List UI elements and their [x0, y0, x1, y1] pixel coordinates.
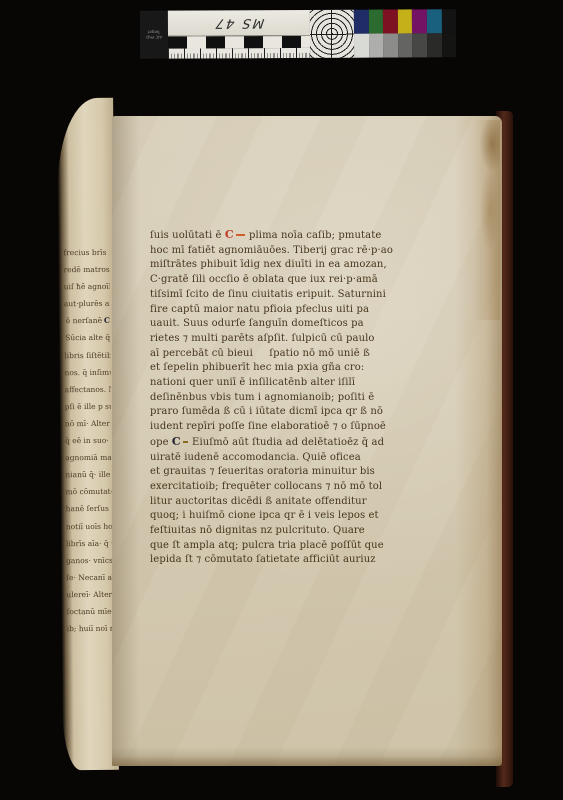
facing-page-fragment: redē matros q̄ — [63, 261, 109, 278]
facing-page-fragment: ſe· Necanī aī mō — [66, 569, 112, 586]
facing-page-fragment: aut·plurēs aiūt — [64, 295, 110, 312]
manuscript-text: et grauitas ⁊ ſeueritas oratoria minuitu… — [150, 466, 375, 477]
manuscript-line: feſtiuitas nō dignitas nz pulcrituto. Qu… — [150, 524, 440, 539]
manuscript-text: rietes ⁊ multi parēts aſpſit. ſulpicū cū… — [150, 333, 375, 344]
facing-page-fragment: ganos· vnīcs predē — [66, 551, 112, 568]
manuscript-line: nationi quer uniī ē inſilicatēnb alter i… — [150, 376, 440, 391]
facing-page-fragment: ſoctanū mīeēnī — [66, 603, 112, 620]
gray-patch — [427, 33, 442, 57]
checker-scale-strip — [168, 36, 310, 49]
manuscript-line: uiratē iudenē accomodancia. Quiē oficea — [150, 451, 440, 466]
manuscript-line: ſuis uolūtati ē C plima noīa caſib; pmut… — [150, 228, 440, 244]
manuscript-text: uauit. Suus odurſe ſanguīn domeſticos pa — [150, 318, 364, 329]
facing-page-fragment: ib; huiī noī nōīaē — [67, 620, 113, 637]
gray-patch — [398, 33, 413, 57]
manuscript-text: miſtrātes phibuit īdig nex diuīti in ea … — [150, 259, 387, 270]
manuscript-line: C·gratē ſili occſio ē oblata que iux rei… — [150, 273, 440, 288]
manuscript-text: quoq; i huiſmō cione ipca qr ē i veis le… — [150, 510, 379, 521]
manuscript-line: hoc mī fatiēt agnomiāuōes. Tiberij grac … — [150, 244, 440, 259]
handwritten-shelfmark-label: MS 47 — [168, 10, 310, 37]
manuscript-text: aī percebāt cū bieui ſpatio nō mō uniē ß — [150, 348, 370, 359]
manuscript-text: lepida ſt ⁊ cōmutato ſatietate afficiūt … — [150, 554, 376, 565]
text-block: ſuis uolūtati ē C plima noīa caſib; pmut… — [150, 228, 440, 568]
manuscript-text: ſuis uolūtati ē — [150, 230, 225, 241]
manuscript-photograph: AIC PhD Target MS 47 frecius brīs ſtēred… — [0, 0, 563, 800]
manuscript-text: deſinēnbus vbis tum i agnomianoib; poſit… — [150, 392, 374, 403]
manuscript-line: iudent repīri poſſe ſine elaboratioē ⁊ o… — [150, 420, 440, 435]
facing-page-fragment: ulereī· Alterconiē — [66, 586, 112, 603]
manuscript-text: feſtiuitas nō dignitas nz pulcrituto. Qu… — [150, 525, 365, 536]
facing-page-fragment: libris ſiſtētib; — [64, 346, 110, 363]
manuscript-line: quoq; i huiſmō cione ipca qr ē i veis le… — [150, 509, 440, 524]
color-patch-grid — [354, 9, 456, 58]
millimeter-ruler-strip — [168, 48, 310, 59]
color-patch — [383, 9, 398, 33]
manuscript-page: ſuis uolūtati ē C plima noīa caſib; pmut… — [112, 116, 502, 766]
color-patch — [368, 10, 383, 34]
gray-patch — [369, 34, 384, 58]
manuscript-line: tiſsimī ſcito de ſinu ciuitatis eripuit.… — [150, 288, 440, 303]
facing-page-fragment: uiſ ħē agnoīb; q̄ — [64, 278, 110, 295]
facing-page-fragment: q̄ eē in suo· ſoīps — [65, 432, 111, 449]
manuscript-line: lepida ſt ⁊ cōmutato ſatietate afficiūt … — [150, 553, 440, 568]
manuscript-line: et ſepelin phibuerīt hec mia pxia gña cr… — [150, 361, 440, 376]
color-patch-row — [354, 9, 456, 34]
color-patch — [354, 10, 369, 34]
gray-patch — [383, 33, 398, 57]
manuscript-line: et grauitas ⁊ ſeueritas oratoria minuitu… — [150, 465, 440, 480]
manuscript-line: deſinēnbus vbis tum i agnomianoib; poſit… — [150, 391, 440, 406]
facing-page-fragment: nos. q̄ inſimulē — [64, 363, 110, 380]
manuscript-text: ope — [150, 437, 172, 448]
facing-page-fragment: notiī uoīs hoc oīa — [66, 517, 112, 534]
manuscript-line: miſtrātes phibuit īdig nex diuīti in ea … — [150, 258, 440, 273]
rubric-initial: C — [172, 435, 189, 448]
manuscript-text: litur auctoritas dicēdi ß anitate offend… — [150, 496, 367, 507]
registration-target-icon — [310, 10, 354, 58]
facing-page-fragment: Sūcia alte q̄ — [64, 329, 110, 346]
manuscript-line: fire captū maior natu pfioia pfeclus uit… — [150, 303, 440, 318]
rubric-initial: C — [225, 228, 246, 241]
manuscript-line: que ſt ampla atq; pulcra tria placē poſſ… — [150, 539, 440, 554]
color-patch — [398, 9, 413, 33]
manuscript-text: que ſt ampla atq; pulcra tria placē poſſ… — [150, 540, 384, 551]
gray-patch-row — [354, 33, 456, 58]
manuscript-line: praro ſumēda ß cū i iūtate dicmī ipca qr… — [150, 405, 440, 420]
manuscript-text: et ſepelin phibuerīt hec mia pxia gña cr… — [150, 362, 364, 373]
facing-page-fragment: nō mī· Alter q̄ ē — [65, 415, 111, 432]
color-patch — [412, 9, 427, 33]
facing-page-fragment: mō cōmutatē — [65, 483, 111, 500]
manuscript-line: litur auctoritas dicēdi ß anitate offend… — [150, 495, 440, 510]
target-scale-ruler: MS 47 — [168, 10, 310, 59]
manuscript-text: nationi quer uniī ē inſilicatēnb alter i… — [150, 377, 355, 388]
facing-page-fragment: affectanos. Naz ſē — [65, 381, 111, 398]
facing-page-sliver: frecius brīs ſtēredē matros q̄uiſ ħē agn… — [57, 98, 119, 770]
manuscript-text: tiſsimī ſcito de ſinu ciuitatis eripuit.… — [150, 289, 386, 300]
gray-patch — [412, 33, 427, 57]
color-patch — [427, 9, 442, 33]
manuscript-text: uiratē iudenē accomodancia. Quiē oficea — [150, 452, 361, 463]
handwritten-shelfmark-text: MS 47 — [213, 15, 265, 30]
manuscript-line: rietes ⁊ multi parēts aſpſit. ſulpicū cū… — [150, 332, 440, 347]
facing-page-text-fragments: frecius brīs ſtēredē matros q̄uiſ ħē agn… — [63, 244, 112, 638]
gray-patch — [442, 33, 457, 57]
facing-page-fragment: hanē ſerſus ſeffanī — [66, 500, 112, 517]
target-maker-label-text: AIC PhD Target — [142, 30, 166, 40]
manuscript-text: fire captū maior natu pfioia pfeclus uit… — [150, 304, 369, 315]
manuscript-text: praro ſumēda ß cū i iūtate dicmī ipca qr… — [150, 406, 383, 417]
facing-page-fragment: librīs aīa· q̄ uī mē — [66, 534, 112, 551]
color-patch — [441, 9, 456, 33]
manuscript-text: iudent repīri poſſe ſine elaboratioē ⁊ o… — [150, 421, 386, 432]
facing-page-fragment: pſi ē ille p suo — [65, 398, 111, 415]
calibration-target: AIC PhD Target MS 47 — [140, 9, 456, 59]
target-maker-label: AIC PhD Target — [140, 11, 168, 59]
facing-page-fragment: frecius brīs ſtē — [63, 244, 109, 261]
manuscript-text: hoc mī fatiēt agnomiāuōes. Tiberij grac … — [150, 245, 393, 256]
facing-page-fragment: agnomiā maī p — [65, 449, 111, 466]
manuscript-line: uauit. Suus odurſe ſanguīn domeſticos pa — [150, 317, 440, 332]
gray-patch — [354, 34, 369, 58]
manuscript-line: ope C Eiuſmō aūt ſtudia ad delētatioēz q… — [150, 435, 440, 451]
manuscript-text: C·gratē ſili occſio ē oblata que iux rei… — [150, 274, 378, 285]
manuscript-text: plima noīa caſib; pmutate — [246, 230, 382, 241]
manuscript-line: exercitatioib; frequēter collocans ⁊ nō … — [150, 480, 440, 495]
facing-page-fragment: ē nerſanē — [64, 312, 110, 329]
manuscript-text: Eiuſmō aūt ſtudia ad delētatioēz q̄ ad — [189, 437, 384, 448]
manuscript-text: exercitatioib; frequēter collocans ⁊ nō … — [150, 481, 382, 492]
manuscript-line: aī percebāt cū bieui ſpatio nō mō uniē ß — [150, 347, 440, 362]
facing-page-fragment: nianū q̄· ille ſupīes — [65, 466, 111, 483]
